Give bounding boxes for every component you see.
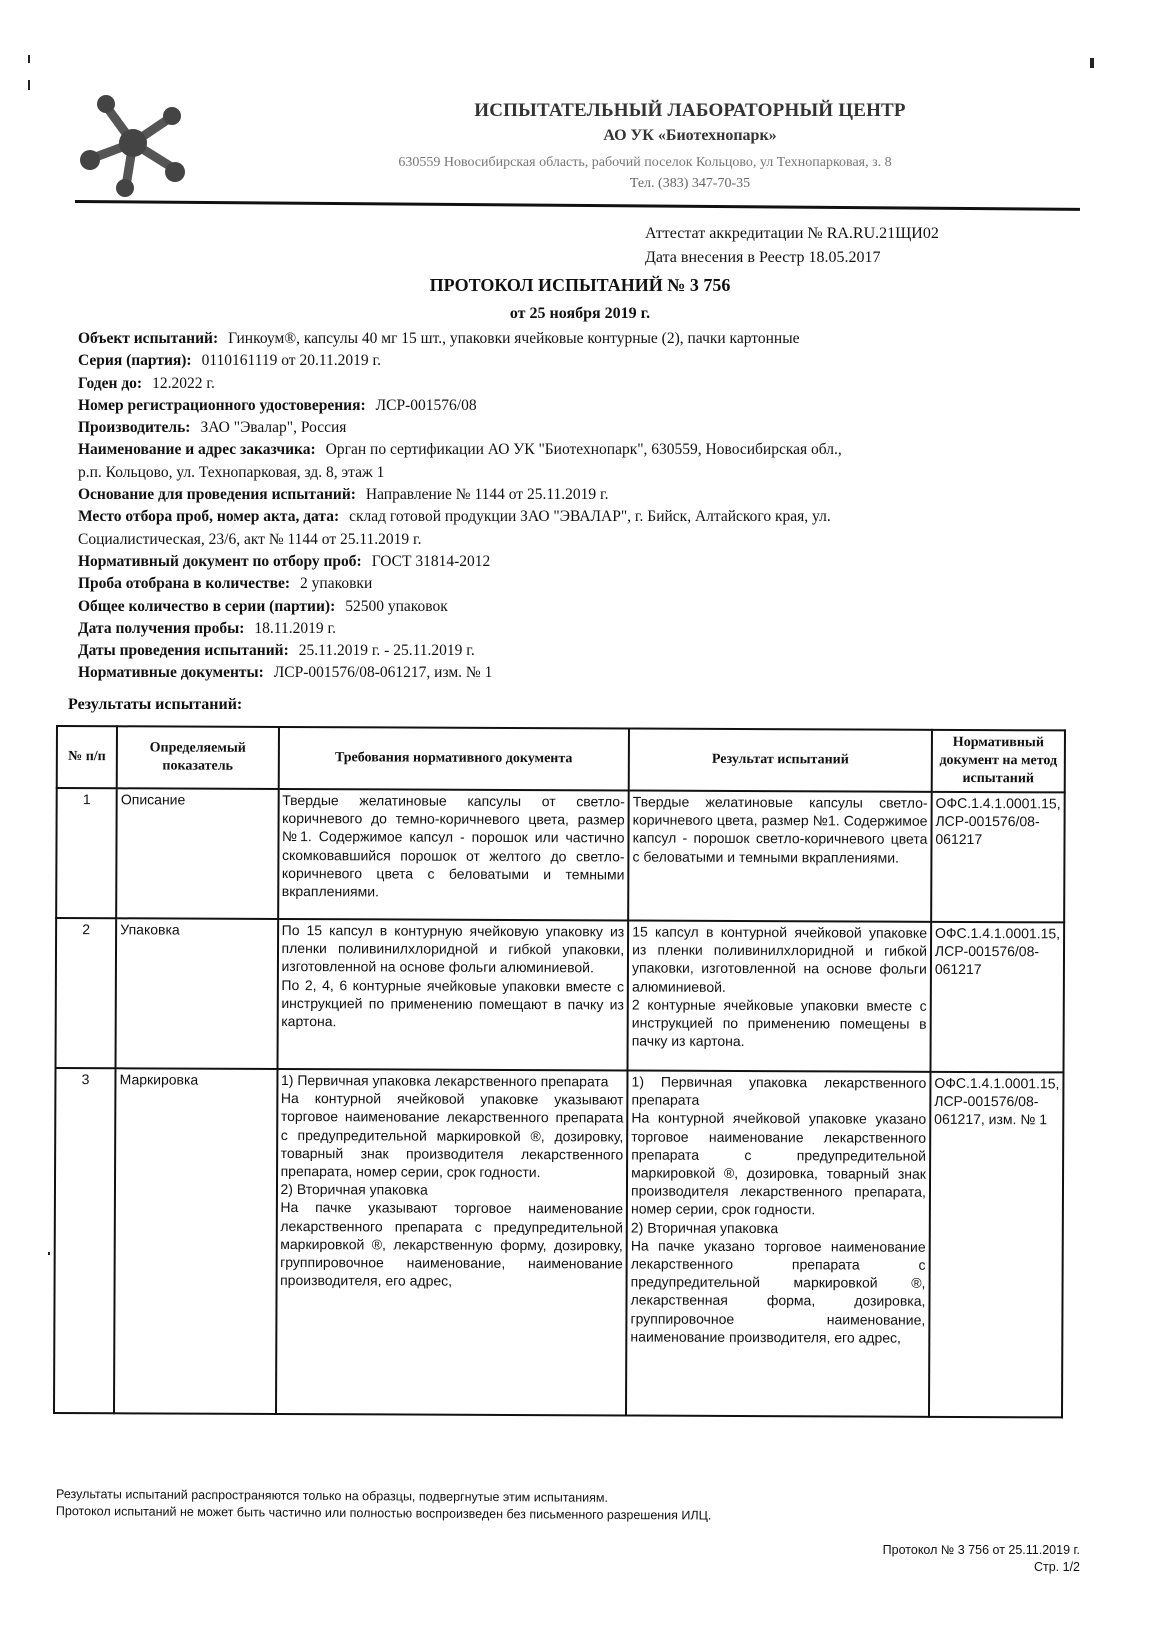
organization-name: АО УК «Биотехнопарк»: [380, 127, 1000, 145]
protocol-fields: Объект испытаний:Гинкоум®, капсулы 40 мг…: [78, 328, 998, 685]
protocol-reference: Протокол № 3 756 от 25.11.2019 г.: [820, 1542, 1080, 1559]
field-batch-total: Общее количество в серии (партии):52500 …: [78, 596, 998, 618]
accreditation-block: Аттестат аккредитации № RA.RU.21ЩИ02 Дат…: [645, 222, 939, 270]
page-reference: Протокол № 3 756 от 25.11.2019 г. Стр. 1…: [820, 1542, 1080, 1576]
protocol-date: от 25 ноября 2019 г.: [380, 305, 780, 323]
field-sampling-place-continuation: Социалистическая, 23/6, акт № 1144 от 25…: [78, 529, 998, 551]
row-indicator: Описание: [116, 788, 278, 919]
scan-artifact: [48, 1252, 50, 1255]
protocol-title: ПРОТОКОЛ ИСПЫТАНИЙ № 3 756: [380, 275, 780, 296]
field-test-basis: Основание для проведения испытаний:Напра…: [78, 484, 998, 506]
field-normative-documents: Нормативные документы:ЛСР-001576/08-0612…: [78, 662, 998, 684]
scan-artifact: [28, 55, 30, 63]
table-row: 3 Маркировка 1) Первичная упаковка лекар…: [54, 1068, 1063, 1417]
table-row: 2 Упаковка По 15 капсул в контурную ячей…: [56, 918, 1065, 1072]
field-customer-continuation: р.п. Кольцово, ул. Технопарковая, зд. 8,…: [78, 462, 998, 484]
column-header-indicator: Определяемый показатель: [117, 726, 279, 789]
row-result: Твердые желатиновые капсулы светло-корич…: [628, 791, 931, 922]
lab-center-title: ИСПЫТАТЕЛЬНЫЙ ЛАБОРАТОРНЫЙ ЦЕНТР: [380, 100, 1000, 122]
header-divider: [75, 200, 1080, 211]
lab-molecule-logo-icon: [78, 88, 188, 198]
scan-artifact: [1090, 58, 1094, 68]
footer-notes: Результаты испытаний распространяются то…: [56, 1486, 712, 1525]
field-manufacturer: Производитель:ЗАО "Эвалар", Россия: [78, 417, 998, 439]
field-expiry: Годен до:12.2022 г.: [78, 373, 998, 395]
column-header-requirement: Требования нормативного документа: [278, 727, 629, 791]
field-batch: Серия (партия):0110161119 от 20.11.2019 …: [78, 350, 998, 372]
table-header-row: № п/п Определяемый показатель Требования…: [57, 726, 1065, 792]
page-number: Стр. 1/2: [820, 1559, 1080, 1576]
row-method: ОФС.1.4.1.0001.15, ЛСР-001576/08-061217: [930, 922, 1064, 1073]
column-header-result: Результат испытаний: [629, 729, 932, 792]
row-indicator: Упаковка: [116, 918, 278, 1069]
field-customer: Наименование и адрес заказчика:Орган по …: [78, 439, 998, 461]
row-requirement: По 15 капсул в контурную ячейковую упако…: [277, 919, 628, 1071]
row-number: 1: [56, 788, 117, 918]
row-requirement: 1) Первичная упаковка лекарственного пре…: [276, 1069, 628, 1416]
organization-address: 630559 Новосибирская область, рабочий по…: [265, 155, 1025, 171]
row-method: ОФС.1.4.1.0001.15, ЛСР-001576/08-061217: [931, 792, 1065, 923]
field-sampling-standard: Нормативный документ по отбору проб:ГОСТ…: [78, 551, 998, 573]
row-method: ОФС.1.4.1.0001.15, ЛСР-001576/08-061217,…: [929, 1072, 1064, 1418]
results-heading: Результаты испытаний:: [68, 696, 242, 714]
footer-note-reproduction: Протокол испытаний не может быть частичн…: [56, 1503, 712, 1525]
row-number: 3: [54, 1068, 116, 1413]
accreditation-certificate: Аттестат аккредитации № RA.RU.21ЩИ02: [645, 222, 939, 246]
row-result: 15 капсул в контурной ячейковой упаковке…: [628, 920, 931, 1071]
field-sample-quantity: Проба отобрана в количестве:2 упаковки: [78, 573, 998, 595]
row-indicator: Маркировка: [114, 1068, 277, 1414]
results-table: № п/п Определяемый показатель Требования…: [53, 725, 1066, 1418]
registry-date: Дата внесения в Реестр 18.05.2017: [645, 246, 939, 270]
row-result: 1) Первичная упаковка лекарственного пре…: [626, 1070, 930, 1416]
scan-artifact: [28, 80, 30, 90]
field-test-object: Объект испытаний:Гинкоум®, капсулы 40 мг…: [78, 328, 998, 350]
column-header-number: № п/п: [57, 726, 117, 788]
field-test-dates: Даты проведения испытаний:25.11.2019 г. …: [78, 640, 998, 662]
field-registration-number: Номер регистрационного удостоверения:ЛСР…: [78, 395, 998, 417]
column-header-method: Нормативный документ на метод испытаний: [932, 730, 1065, 793]
field-sample-received-date: Дата получения пробы:18.11.2019 г.: [78, 618, 998, 640]
table-row: 1 Описание Твердые желатиновые капсулы о…: [56, 788, 1065, 922]
row-number: 2: [56, 918, 117, 1068]
organization-phone: Тел. (383) 347-70-35: [380, 176, 1000, 192]
field-sampling-place: Место отбора проб, номер акта, дата:скла…: [78, 506, 998, 528]
row-requirement: Твердые желатиновые капсулы от светло-ко…: [278, 789, 629, 921]
